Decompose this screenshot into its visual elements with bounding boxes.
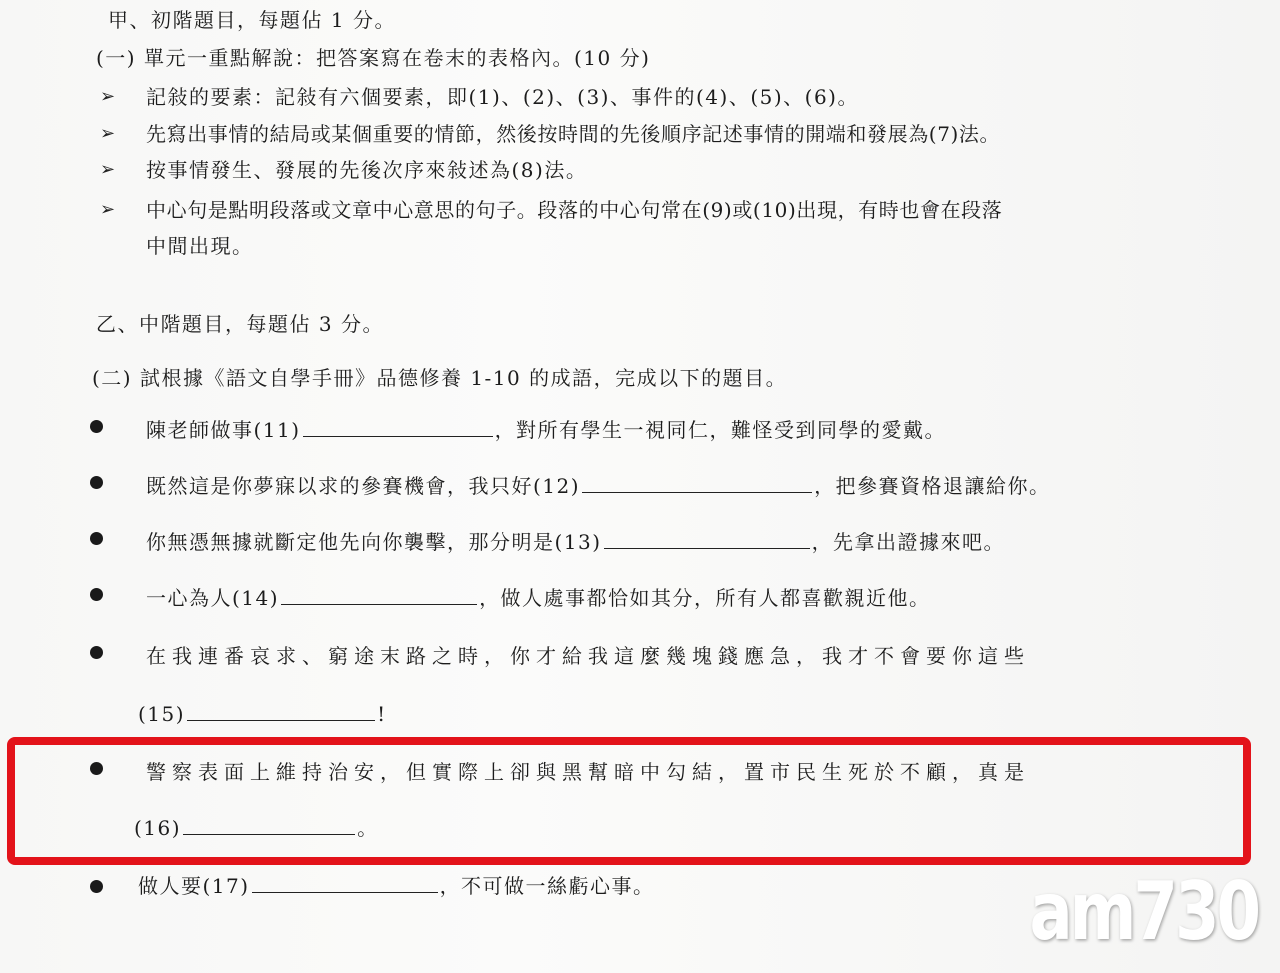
point-4: 中心句是點明段落或文章中心意思的句子。段落的中心句常在(9)或(10)出現，有時… <box>146 196 1002 224</box>
bullet-icon <box>90 420 103 433</box>
answer-blank-17[interactable] <box>252 872 438 893</box>
question-15-line1: 在我連番哀求、窮途末路之時，你才給我這麼幾塊錢應急，我才不會要你這些 <box>146 642 1030 670</box>
question-17: 做人要(17)，不可做一絲虧心事。 <box>138 872 655 900</box>
answer-blank-15[interactable] <box>187 700 375 721</box>
question-12: 既然這是你夢寐以求的參賽機會，我只好(12)，把參賽資格退讓給你。 <box>146 472 1051 500</box>
am730-logo: am730 <box>1030 867 1258 960</box>
arrow-bullet-icon: ➢ <box>100 83 115 111</box>
point-2: 先寫出事情的結局或某個重要的情節，然後按時間的先後順序記述事情的開端和發展為(7… <box>146 120 1000 148</box>
answer-blank-14[interactable] <box>281 584 477 605</box>
point-1: 記敍的要素：記敍有六個要素，即(1)、(2)、(3)、事件的(4)、(5)、(6… <box>146 83 859 111</box>
section-a-heading: 甲、初階題目，每題佔 1 分。 <box>108 6 396 34</box>
question-14: 一心為人(14)，做人處事都恰如其分，所有人都喜歡親近他。 <box>146 584 931 612</box>
bullet-icon <box>90 476 103 489</box>
question-13: 你無憑無據就斷定他先向你襲擊，那分明是(13)，先拿出證據來吧。 <box>146 528 1005 556</box>
exam-paper: 甲、初階題目，每題佔 1 分。 (一) 單元一重點解說：把答案寫在卷末的表格內。… <box>0 0 1280 973</box>
point-4-cont: 中間出現。 <box>146 232 254 260</box>
bullet-icon <box>90 532 103 545</box>
arrow-bullet-icon: ➢ <box>100 196 115 224</box>
part1-title: (一) 單元一重點解說：把答案寫在卷末的表格內。(10 分) <box>96 44 650 72</box>
part2-title: (二) 試根據《語文自學手冊》品德修養 1-10 的成語，完成以下的題目。 <box>92 364 787 392</box>
answer-blank-13[interactable] <box>604 528 810 549</box>
question-15-line2: (15)! <box>138 700 387 728</box>
point-3: 按事情發生、發展的先後次序來敍述為(8)法。 <box>146 156 587 184</box>
arrow-bullet-icon: ➢ <box>100 156 115 184</box>
answer-blank-11[interactable] <box>303 416 493 437</box>
question-11: 陳老師做事(11)，對所有學生一視同仁，難怪受到同學的愛戴。 <box>146 416 946 444</box>
bullet-icon <box>90 880 103 893</box>
bullet-icon <box>90 646 103 659</box>
answer-blank-12[interactable] <box>582 472 812 493</box>
highlight-box <box>7 737 1251 865</box>
bullet-icon <box>90 588 103 601</box>
section-b-heading: 乙、中階題目，每題佔 3 分。 <box>96 310 384 338</box>
arrow-bullet-icon: ➢ <box>100 120 115 148</box>
